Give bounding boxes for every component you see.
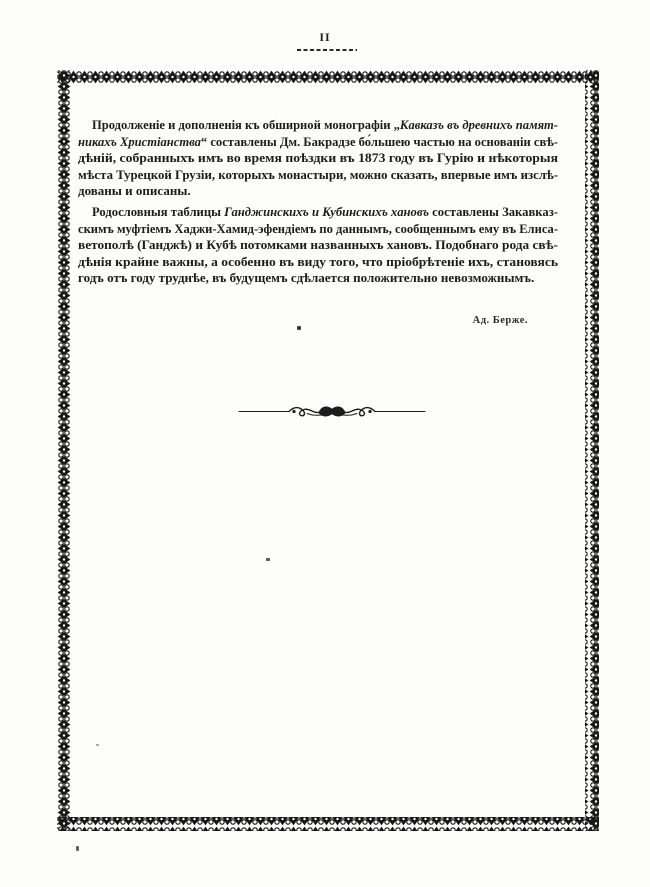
text-segment: составлены Закавказ-: [429, 204, 558, 219]
text-segment: дѣній, собранныхъ имъ во время поѣздки в…: [78, 150, 558, 165]
text-line: Родословныя таблицы Ганджинскихъ и Кубин…: [78, 204, 558, 221]
text-line: Продолженіе и дополненія къ обширной мон…: [78, 117, 558, 134]
text-line: ветополѣ (Ганджѣ) и Кубѣ потомками назва…: [78, 237, 558, 254]
text-segment: “ составлены Дм. Бакрадзе бо́льшею часть…: [201, 134, 558, 149]
text-line: дѣній, собранныхъ имъ во время поѣздки в…: [78, 150, 558, 167]
italic-text-segment: Кавказъ въ древнихъ памят-: [400, 117, 558, 132]
ink-speck: [76, 846, 79, 851]
text-line: годъ отъ году труднѣе, въ будущемъ сдѣла…: [78, 270, 558, 287]
text-segment: дѣнія крайне важны, а особенно въ виду т…: [78, 254, 558, 269]
paragraph: Родословныя таблицы Ганджинскихъ и Кубин…: [78, 204, 558, 287]
border-bottom-strip: [57, 817, 599, 831]
divider-flourish-ornament: [237, 400, 427, 422]
text-segment: годъ отъ году труднѣе, въ будущемъ сдѣла…: [78, 270, 534, 285]
text-line: мѣста Турецкой Грузіи, которыхъ монастыр…: [78, 167, 558, 184]
page-number: II: [0, 30, 650, 45]
author-signature: Ад. Берже.: [78, 315, 558, 326]
text-segment: мѣста Турецкой Грузіи, которыхъ монастыр…: [78, 167, 558, 182]
ink-speck: [266, 558, 270, 561]
text-line: никахъ Христіанства“ составлены Дм. Бакр…: [78, 134, 558, 151]
page-number-underline-rule: [297, 49, 357, 51]
text-line: дѣнія крайне важны, а особенно въ виду т…: [78, 254, 558, 271]
italic-text-segment: Ганджинскихъ и Кубинскихъ хановъ: [224, 204, 429, 219]
text-block: Продолженіе и дополненія къ обширной мон…: [78, 117, 558, 287]
text-segment: Родословныя таблицы: [92, 204, 224, 219]
text-segment: скимъ муфтіемъ Хаджи-Хамид-эфендіемъ по …: [78, 221, 558, 236]
ink-speck: [96, 744, 99, 746]
text-segment: Продолженіе и дополненія къ обширной мон…: [92, 117, 400, 132]
paragraph: Продолженіе и дополненія къ обширной мон…: [78, 117, 558, 200]
text-segment: ветополѣ (Ганджѣ) и Кубѣ потомками назва…: [78, 237, 558, 252]
ink-speck: [297, 326, 301, 330]
text-line: дованы и описаны.: [78, 183, 558, 200]
border-top-strip: [57, 70, 599, 84]
italic-text-segment: никахъ Христіанства: [78, 134, 201, 149]
scanned-book-page: II Продолженіе: [0, 0, 650, 887]
border-left-strip: [57, 70, 71, 831]
text-segment: дованы и описаны.: [78, 183, 191, 198]
border-right-strip: [585, 70, 599, 831]
text-line: скимъ муфтіемъ Хаджи-Хамид-эфендіемъ по …: [78, 221, 558, 238]
